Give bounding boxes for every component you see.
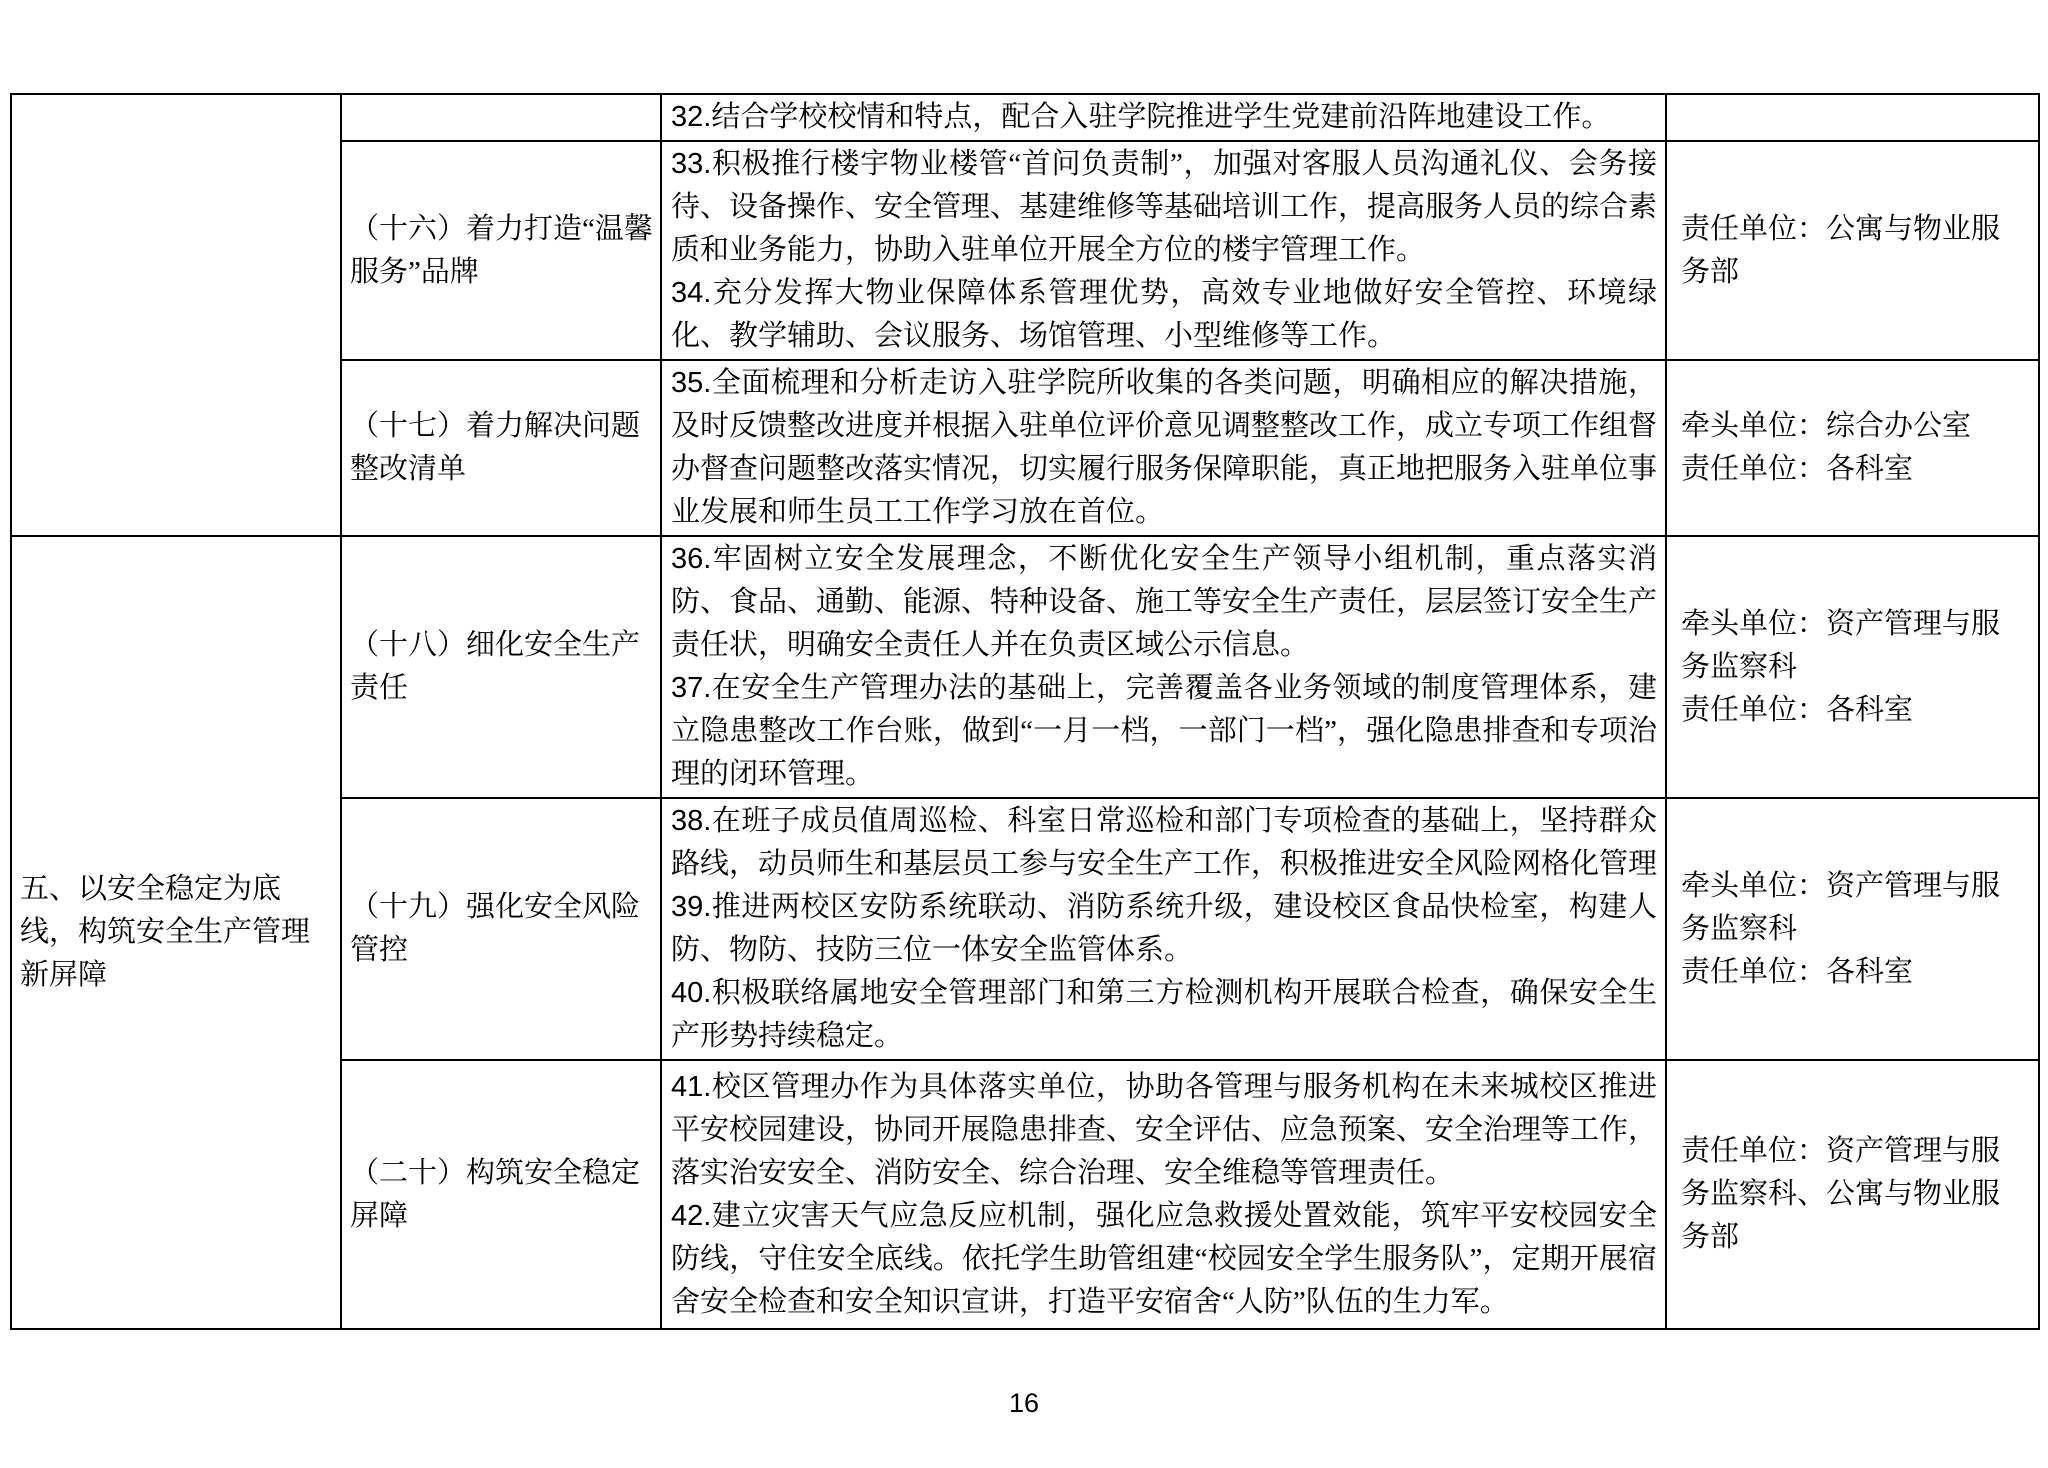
task-item: 41.校区管理办作为具体落实单位，协助各管理与服务机构在未来城校区推进平安校园建… bbox=[671, 1066, 1657, 1195]
page-number: 16 bbox=[0, 1388, 2048, 1419]
item-cell: （十八）细化安全生产责任 bbox=[341, 536, 661, 798]
task-number: 38. bbox=[671, 805, 711, 837]
task-text: 结合学校校情和特点，配合入驻学院推进学生党建前沿阵地建设工作。 bbox=[711, 101, 1610, 133]
tasks-cell: 36.牢固树立安全发展理念，不断优化安全生产领导小组机制，重点落实消防、食品、通… bbox=[661, 536, 1666, 798]
task-item: 35.全面梳理和分析走访入驻学院所收集的各类问题，明确相应的解决措施，及时反馈整… bbox=[671, 362, 1657, 534]
unit-line: 牵头单位：资产管理与服务监察科 bbox=[1681, 865, 2026, 951]
task-text: 推进两校区安防系统联动、消防系统升级，建设校区食品快检室，构建人防、物防、技防三… bbox=[671, 891, 1657, 966]
item-cell: （十九）强化安全风险管控 bbox=[341, 798, 661, 1060]
units-cell: 牵头单位：资产管理与服务监察科 责任单位：各科室 bbox=[1666, 536, 2039, 798]
task-text: 积极联络属地安全管理部门和第三方检测机构开展联合检查，确保安全生产形势持续稳定。 bbox=[671, 977, 1657, 1052]
category-cell-empty bbox=[11, 94, 341, 536]
task-number: 37. bbox=[671, 672, 711, 704]
task-number: 39. bbox=[671, 891, 711, 923]
units-cell: 责任单位：资产管理与服务监察科、公寓与物业服务部 bbox=[1666, 1060, 2039, 1329]
task-text: 在班子成员值周巡检、科室日常巡检和部门专项检查的基础上，坚持群众路线，动员师生和… bbox=[671, 805, 1657, 880]
unit-line: 责任单位：公寓与物业服务部 bbox=[1681, 208, 2026, 294]
task-number: 41. bbox=[671, 1071, 711, 1103]
task-item: 36.牢固树立安全发展理念，不断优化安全生产领导小组机制，重点落实消防、食品、通… bbox=[671, 538, 1657, 667]
unit-line: 责任单位：资产管理与服务监察科、公寓与物业服务部 bbox=[1681, 1130, 2026, 1259]
table-row: 32.结合学校校情和特点，配合入驻学院推进学生党建前沿阵地建设工作。 bbox=[11, 94, 2039, 141]
task-text: 校区管理办作为具体落实单位，协助各管理与服务机构在未来城校区推进平安校园建设，协… bbox=[671, 1071, 1657, 1189]
table-row: 五、以安全稳定为底线，构筑安全生产管理新屏障 （十八）细化安全生产责任 36.牢… bbox=[11, 536, 2039, 798]
task-number: 36. bbox=[671, 543, 711, 575]
units-cell-empty bbox=[1666, 94, 2039, 141]
item-cell: （二十）构筑安全稳定屏障 bbox=[341, 1060, 661, 1329]
task-item: 40.积极联络属地安全管理部门和第三方检测机构开展联合检查，确保安全生产形势持续… bbox=[671, 972, 1657, 1058]
units-cell: 牵头单位：综合办公室 责任单位：各科室 bbox=[1666, 360, 2039, 536]
task-item: 33.积极推行楼宇物业楼管“首问负责制”，加强对客服人员沟通礼仪、会务接待、设备… bbox=[671, 143, 1657, 272]
unit-line: 牵头单位：资产管理与服务监察科 bbox=[1681, 603, 2026, 689]
task-number: 34. bbox=[671, 277, 711, 309]
tasks-cell: 35.全面梳理和分析走访入驻学院所收集的各类问题，明确相应的解决措施，及时反馈整… bbox=[661, 360, 1666, 536]
task-text: 全面梳理和分析走访入驻学院所收集的各类问题，明确相应的解决措施，及时反馈整改进度… bbox=[671, 367, 1657, 528]
item-cell: （十七）着力解决问题整改清单 bbox=[341, 360, 661, 536]
task-text: 在安全生产管理办法的基础上，完善覆盖各业务领域的制度管理体系，建立隐患整改工作台… bbox=[671, 672, 1657, 790]
task-item: 38.在班子成员值周巡检、科室日常巡检和部门专项检查的基础上，坚持群众路线，动员… bbox=[671, 800, 1657, 886]
task-item: 37.在安全生产管理办法的基础上，完善覆盖各业务领域的制度管理体系，建立隐患整改… bbox=[671, 667, 1657, 796]
units-cell: 责任单位：公寓与物业服务部 bbox=[1666, 141, 2039, 360]
task-item: 39.推进两校区安防系统联动、消防系统升级，建设校区食品快检室，构建人防、物防、… bbox=[671, 886, 1657, 972]
unit-line: 牵头单位：综合办公室 bbox=[1681, 405, 2026, 448]
item-cell-empty bbox=[341, 94, 661, 141]
task-item: 42.建立灾害天气应急反应机制，强化应急救援处置效能，筑牢平安校园安全防线，守住… bbox=[671, 1195, 1657, 1324]
category-cell: 五、以安全稳定为底线，构筑安全生产管理新屏障 bbox=[11, 536, 341, 1329]
unit-line: 责任单位：各科室 bbox=[1681, 448, 2026, 491]
document-page: 32.结合学校校情和特点，配合入驻学院推进学生党建前沿阵地建设工作。 （十六）着… bbox=[0, 0, 2048, 1468]
tasks-cell: 32.结合学校校情和特点，配合入驻学院推进学生党建前沿阵地建设工作。 bbox=[661, 94, 1666, 141]
tasks-cell: 38.在班子成员值周巡检、科室日常巡检和部门专项检查的基础上，坚持群众路线，动员… bbox=[661, 798, 1666, 1060]
task-number: 35. bbox=[671, 367, 711, 399]
item-cell: （十六）着力打造“温馨服务”品牌 bbox=[341, 141, 661, 360]
tasks-cell: 41.校区管理办作为具体落实单位，协助各管理与服务机构在未来城校区推进平安校园建… bbox=[661, 1060, 1666, 1329]
work-plan-table: 32.结合学校校情和特点，配合入驻学院推进学生党建前沿阵地建设工作。 （十六）着… bbox=[10, 93, 2040, 1330]
unit-line: 责任单位：各科室 bbox=[1681, 689, 2026, 732]
tasks-cell: 33.积极推行楼宇物业楼管“首问负责制”，加强对客服人员沟通礼仪、会务接待、设备… bbox=[661, 141, 1666, 360]
task-number: 32. bbox=[671, 101, 711, 133]
task-text: 充分发挥大物业保障体系管理优势，高效专业地做好安全管控、环境绿化、教学辅助、会议… bbox=[671, 277, 1657, 352]
task-item: 34.充分发挥大物业保障体系管理优势，高效专业地做好安全管控、环境绿化、教学辅助… bbox=[671, 272, 1657, 358]
task-text: 牢固树立安全发展理念，不断优化安全生产领导小组机制，重点落实消防、食品、通勤、能… bbox=[671, 543, 1657, 661]
task-number: 42. bbox=[671, 1200, 711, 1232]
task-text: 积极推行楼宇物业楼管“首问负责制”，加强对客服人员沟通礼仪、会务接待、设备操作、… bbox=[671, 148, 1657, 266]
unit-line: 责任单位：各科室 bbox=[1681, 951, 2026, 994]
task-text: 建立灾害天气应急反应机制，强化应急救援处置效能，筑牢平安校园安全防线，守住安全底… bbox=[671, 1200, 1657, 1318]
task-item: 32.结合学校校情和特点，配合入驻学院推进学生党建前沿阵地建设工作。 bbox=[671, 96, 1657, 139]
task-number: 40. bbox=[671, 977, 711, 1009]
units-cell: 牵头单位：资产管理与服务监察科 责任单位：各科室 bbox=[1666, 798, 2039, 1060]
task-number: 33. bbox=[671, 148, 711, 180]
